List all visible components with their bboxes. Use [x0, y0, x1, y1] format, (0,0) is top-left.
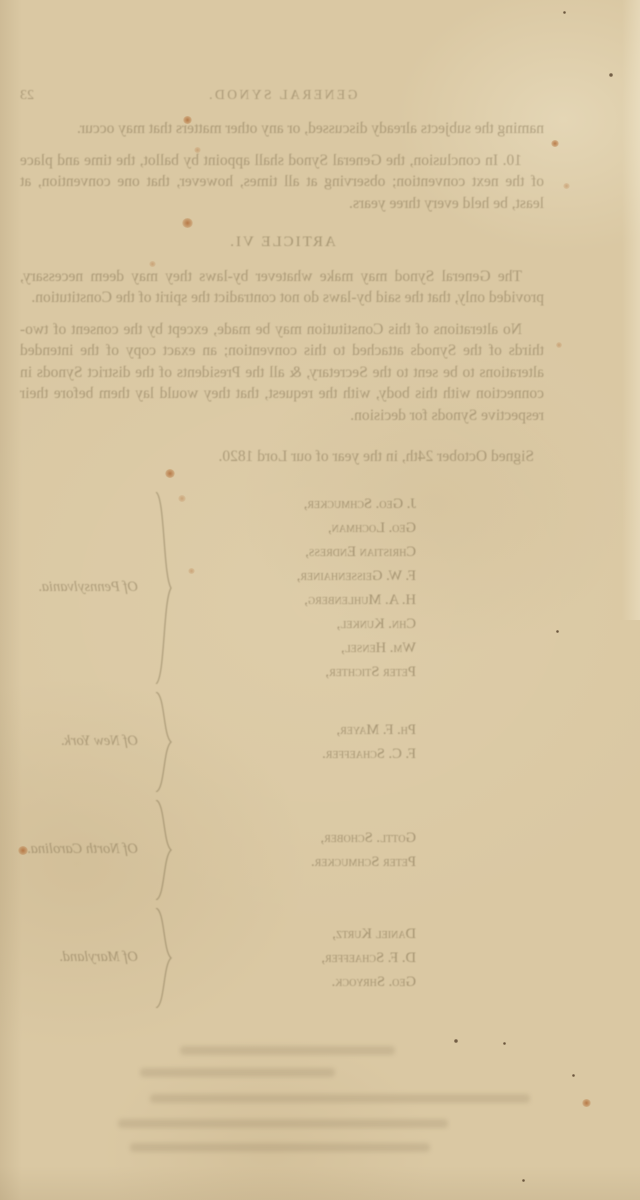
signer-name: F. C. Schaeffer.: [174, 742, 416, 766]
signer-name: D. F. Schaeffer,: [174, 946, 416, 970]
page-edge-shadow-left: [0, 0, 22, 1200]
signer-name: Chn. Kunkel,: [174, 612, 416, 636]
ink-speck: [609, 73, 613, 77]
running-header-title: GENERAL SYNOD.: [66, 84, 498, 106]
signer-name: J. Geo. Schmucker,: [174, 492, 416, 516]
curly-brace: [154, 908, 174, 1008]
paragraph-bylaws: The General Synod may make whatever by-l…: [20, 266, 544, 309]
ink-speck: [556, 630, 559, 633]
signature-names: Daniel Kurtz, D. F. Schaeffer, Geo. Shry…: [174, 922, 416, 994]
signer-name: Ph. F. Mayer,: [174, 718, 416, 742]
signer-name: Peter Schmucker.: [174, 850, 416, 874]
ink-speck: [563, 11, 566, 14]
running-header: GENERAL SYNOD. 23: [20, 84, 544, 104]
ink-speck: [454, 1039, 458, 1043]
ghost-bleed-line: [180, 1046, 395, 1055]
signature-names: J. Geo. Schmucker, Geo. Lochman, Christi…: [174, 492, 416, 684]
state-label: Of Maryland.: [59, 947, 138, 969]
signature-group-north-carolina: Gottl. Schober, Peter Schmucker. Of Nort…: [20, 800, 544, 900]
foxing-spot: [556, 342, 562, 348]
signature-group-pennsylvania: J. Geo. Schmucker, Geo. Lochman, Christi…: [20, 492, 544, 684]
signature-names: Gottl. Schober, Peter Schmucker.: [174, 826, 416, 874]
state-label: Of New York.: [61, 731, 138, 753]
foxing-spot: [582, 1099, 591, 1107]
paragraph-alterations: No alterations of this Constitution may …: [20, 319, 544, 427]
ghost-bleed-line: [140, 1068, 335, 1077]
signer-name: H. A. Muhlenberg,: [174, 588, 416, 612]
ghost-bleed-line: [150, 1094, 530, 1103]
curly-brace: [154, 692, 174, 792]
foxing-spot: [551, 140, 559, 147]
paragraph-item-10: 10. In conclusion, the General Synod sha…: [20, 150, 544, 215]
curly-brace: [154, 492, 174, 684]
page-number: 23: [20, 85, 66, 107]
signed-date-line: Signed October 24th, in the year of our …: [20, 446, 544, 468]
state-label: Of Pennsylvania.: [38, 577, 138, 599]
signer-name: Peter Stichter,: [174, 660, 416, 684]
curly-brace: [154, 800, 174, 900]
signer-name: Geo. Lochman,: [174, 516, 416, 540]
ink-speck: [503, 1042, 506, 1045]
signer-name: F. W. Geissenhainer,: [174, 564, 416, 588]
paragraph-continuation: naming the subjects already discussed, o…: [20, 118, 544, 140]
signer-name: Christian Endress,: [174, 540, 416, 564]
signer-name: Wm. Hensel,: [174, 636, 416, 660]
ghost-bleed-line: [130, 1143, 430, 1152]
page-edge-shadow-bottom: [0, 1166, 640, 1200]
ghost-bleed-line: [118, 1119, 448, 1128]
signature-group-new-york: Ph. F. Mayer, F. C. Schaeffer. Of New Yo…: [20, 692, 544, 792]
signature-group-maryland: Daniel Kurtz, D. F. Schaeffer, Geo. Shry…: [20, 908, 544, 1008]
foxing-spot: [563, 183, 570, 189]
page-edge-highlight-right: [622, 0, 640, 620]
article-heading: ARTICLE VI.: [20, 232, 544, 254]
signature-names: Ph. F. Mayer, F. C. Schaeffer.: [174, 718, 416, 766]
scanned-book-page: GENERAL SYNOD. 23 naming the subjects al…: [0, 0, 640, 1200]
ink-speck: [572, 1074, 575, 1077]
signer-name: Gottl. Schober,: [174, 826, 416, 850]
state-label: Of North Carolina.: [27, 839, 138, 861]
bleed-through-page: GENERAL SYNOD. 23 naming the subjects al…: [20, 84, 544, 1016]
signer-name: Geo. Shryock.: [174, 970, 416, 994]
signer-name: Daniel Kurtz,: [174, 922, 416, 946]
